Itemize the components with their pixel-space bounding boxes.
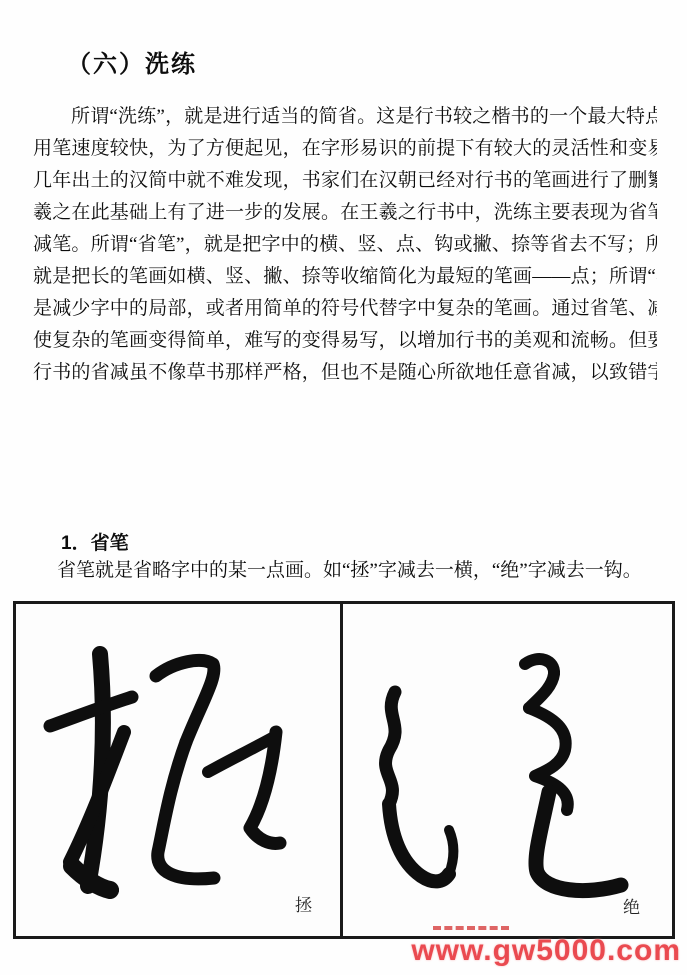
page-title: （六）洗练 — [67, 44, 197, 79]
paragraph-line: 几年出土的汉简中就不难发现，书家们在汉朝已经对行书的笔画进行了删繁就简。王 — [33, 165, 657, 197]
figure-cell-jue: 绝 — [343, 604, 672, 936]
paragraph-line: 是减少字中的局部，或者用简单的符号代替字中复杂的笔画。通过省笔、减笔与化笔， — [33, 293, 657, 325]
figure-label-zheng: 拯 — [295, 891, 312, 916]
paragraph-line: 羲之在此基础上有了进一步的发展。在王羲之行书中，洗练主要表现为省笔、化笔和 — [33, 197, 657, 229]
calligraphy-jue-image — [343, 604, 672, 936]
section-heading: 1．省笔 — [61, 528, 129, 555]
section-description: 省笔就是省略字中的某一点画。如“拯”字减去一横，“绝”字减去一钩。 — [57, 555, 657, 582]
red-dash-artifact — [433, 926, 509, 930]
watermark-url: www.gw5000.com — [411, 934, 681, 968]
paragraph-line: 所谓“洗练”，就是进行适当的简省。这是行书较之楷书的一个最大特点。行书 — [33, 101, 657, 133]
paragraph-line: 行书的省减虽不像草书那样严格，但也不是随心所欲地任意省减，以致错字连篇。 — [33, 357, 657, 389]
body-paragraph: 所谓“洗练”，就是进行适当的简省。这是行书较之楷书的一个最大特点。行书 用笔速度… — [33, 101, 657, 389]
document-page: （六）洗练 所谓“洗练”，就是进行适当的简省。这是行书较之楷书的一个最大特点。行… — [0, 0, 687, 975]
figure-cell-zheng: 拯 — [16, 604, 343, 936]
figure-label-jue: 绝 — [623, 893, 640, 918]
paragraph-line: 使复杂的笔画变得简单，难写的变得易写，以增加行书的美观和流畅。但要注意的是， — [33, 325, 657, 357]
calligraphy-zheng-image — [16, 604, 340, 936]
paragraph-line: 用笔速度较快，为了方便起见，在字形易识的前提下有较大的灵活性和变易性，从近 — [33, 133, 657, 165]
paragraph-line: 就是把长的笔画如横、竖、撇、捺等收缩简化为最短的笔画——点；所谓“减笔”，就 — [33, 261, 657, 293]
paragraph-line: 减笔。所谓“省笔”，就是把字中的横、竖、点、钩或撇、捺等省去不写；所谓“化笔”， — [33, 229, 657, 261]
calligraphy-figure-box: 拯 绝 — [13, 601, 675, 939]
